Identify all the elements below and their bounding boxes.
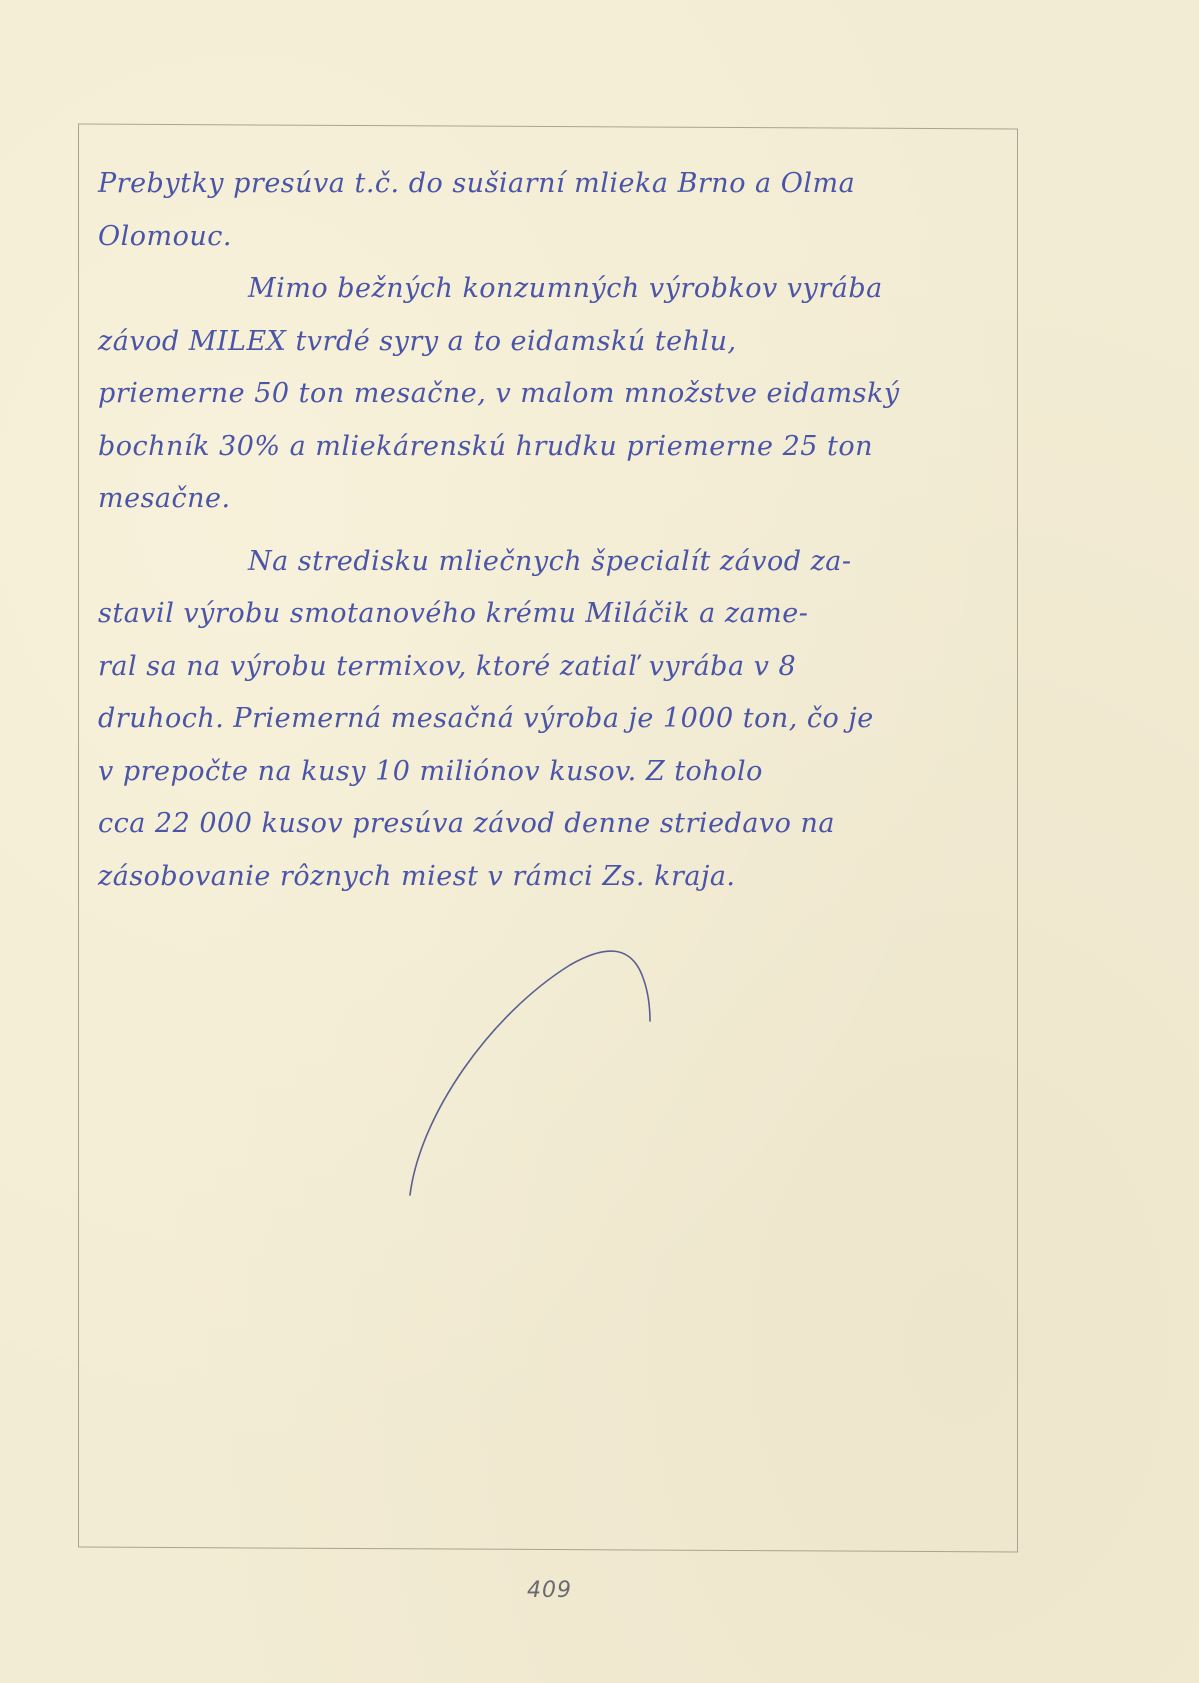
- paragraph-1: Prebytky presúva t.č. do sušiarní mlieka…: [98, 158, 1003, 263]
- page-number: 409: [527, 1578, 572, 1603]
- text-line: cca 22 000 kusov presúva závod denne str…: [98, 798, 1003, 851]
- closing-flourish-stroke: [380, 945, 680, 1205]
- handwritten-text-block: Prebytky presúva t.č. do sušiarní mlieka…: [98, 158, 1003, 903]
- text-line: Olomouc.: [98, 211, 1003, 264]
- text-line: druhoch. Priemerná mesačná výroba je 100…: [98, 693, 1003, 746]
- text-line: ral sa na výrobu termixov, ktoré zatiaľ …: [98, 641, 1003, 694]
- text-line: priemerne 50 ton mesačne, v malom množst…: [98, 368, 1003, 421]
- text-line: Na stredisku mliečnych špecialít závod z…: [98, 536, 1003, 589]
- text-line: Mimo bežných konzumných výrobkov vyrába: [98, 263, 1003, 316]
- text-line: bochník 30% a mliekárenskú hrudku prieme…: [98, 421, 1003, 474]
- text-line: Prebytky presúva t.č. do sušiarní mlieka…: [98, 158, 1003, 211]
- text-line: zásobovanie rôznych miest v rámci Zs. kr…: [98, 851, 1003, 904]
- text-line: závod MILEX tvrdé syry a to eidamskú teh…: [98, 316, 1003, 369]
- text-line: v prepočte na kusy 10 miliónov kusov. Z …: [98, 746, 1003, 799]
- paragraph-3: Na stredisku mliečnych špecialít závod z…: [98, 536, 1003, 904]
- paragraph-2: Mimo bežných konzumných výrobkov vyrába …: [98, 263, 1003, 526]
- text-line: stavil výrobu smotanového krému Miláčik …: [98, 588, 1003, 641]
- text-line: mesačne.: [98, 473, 1003, 526]
